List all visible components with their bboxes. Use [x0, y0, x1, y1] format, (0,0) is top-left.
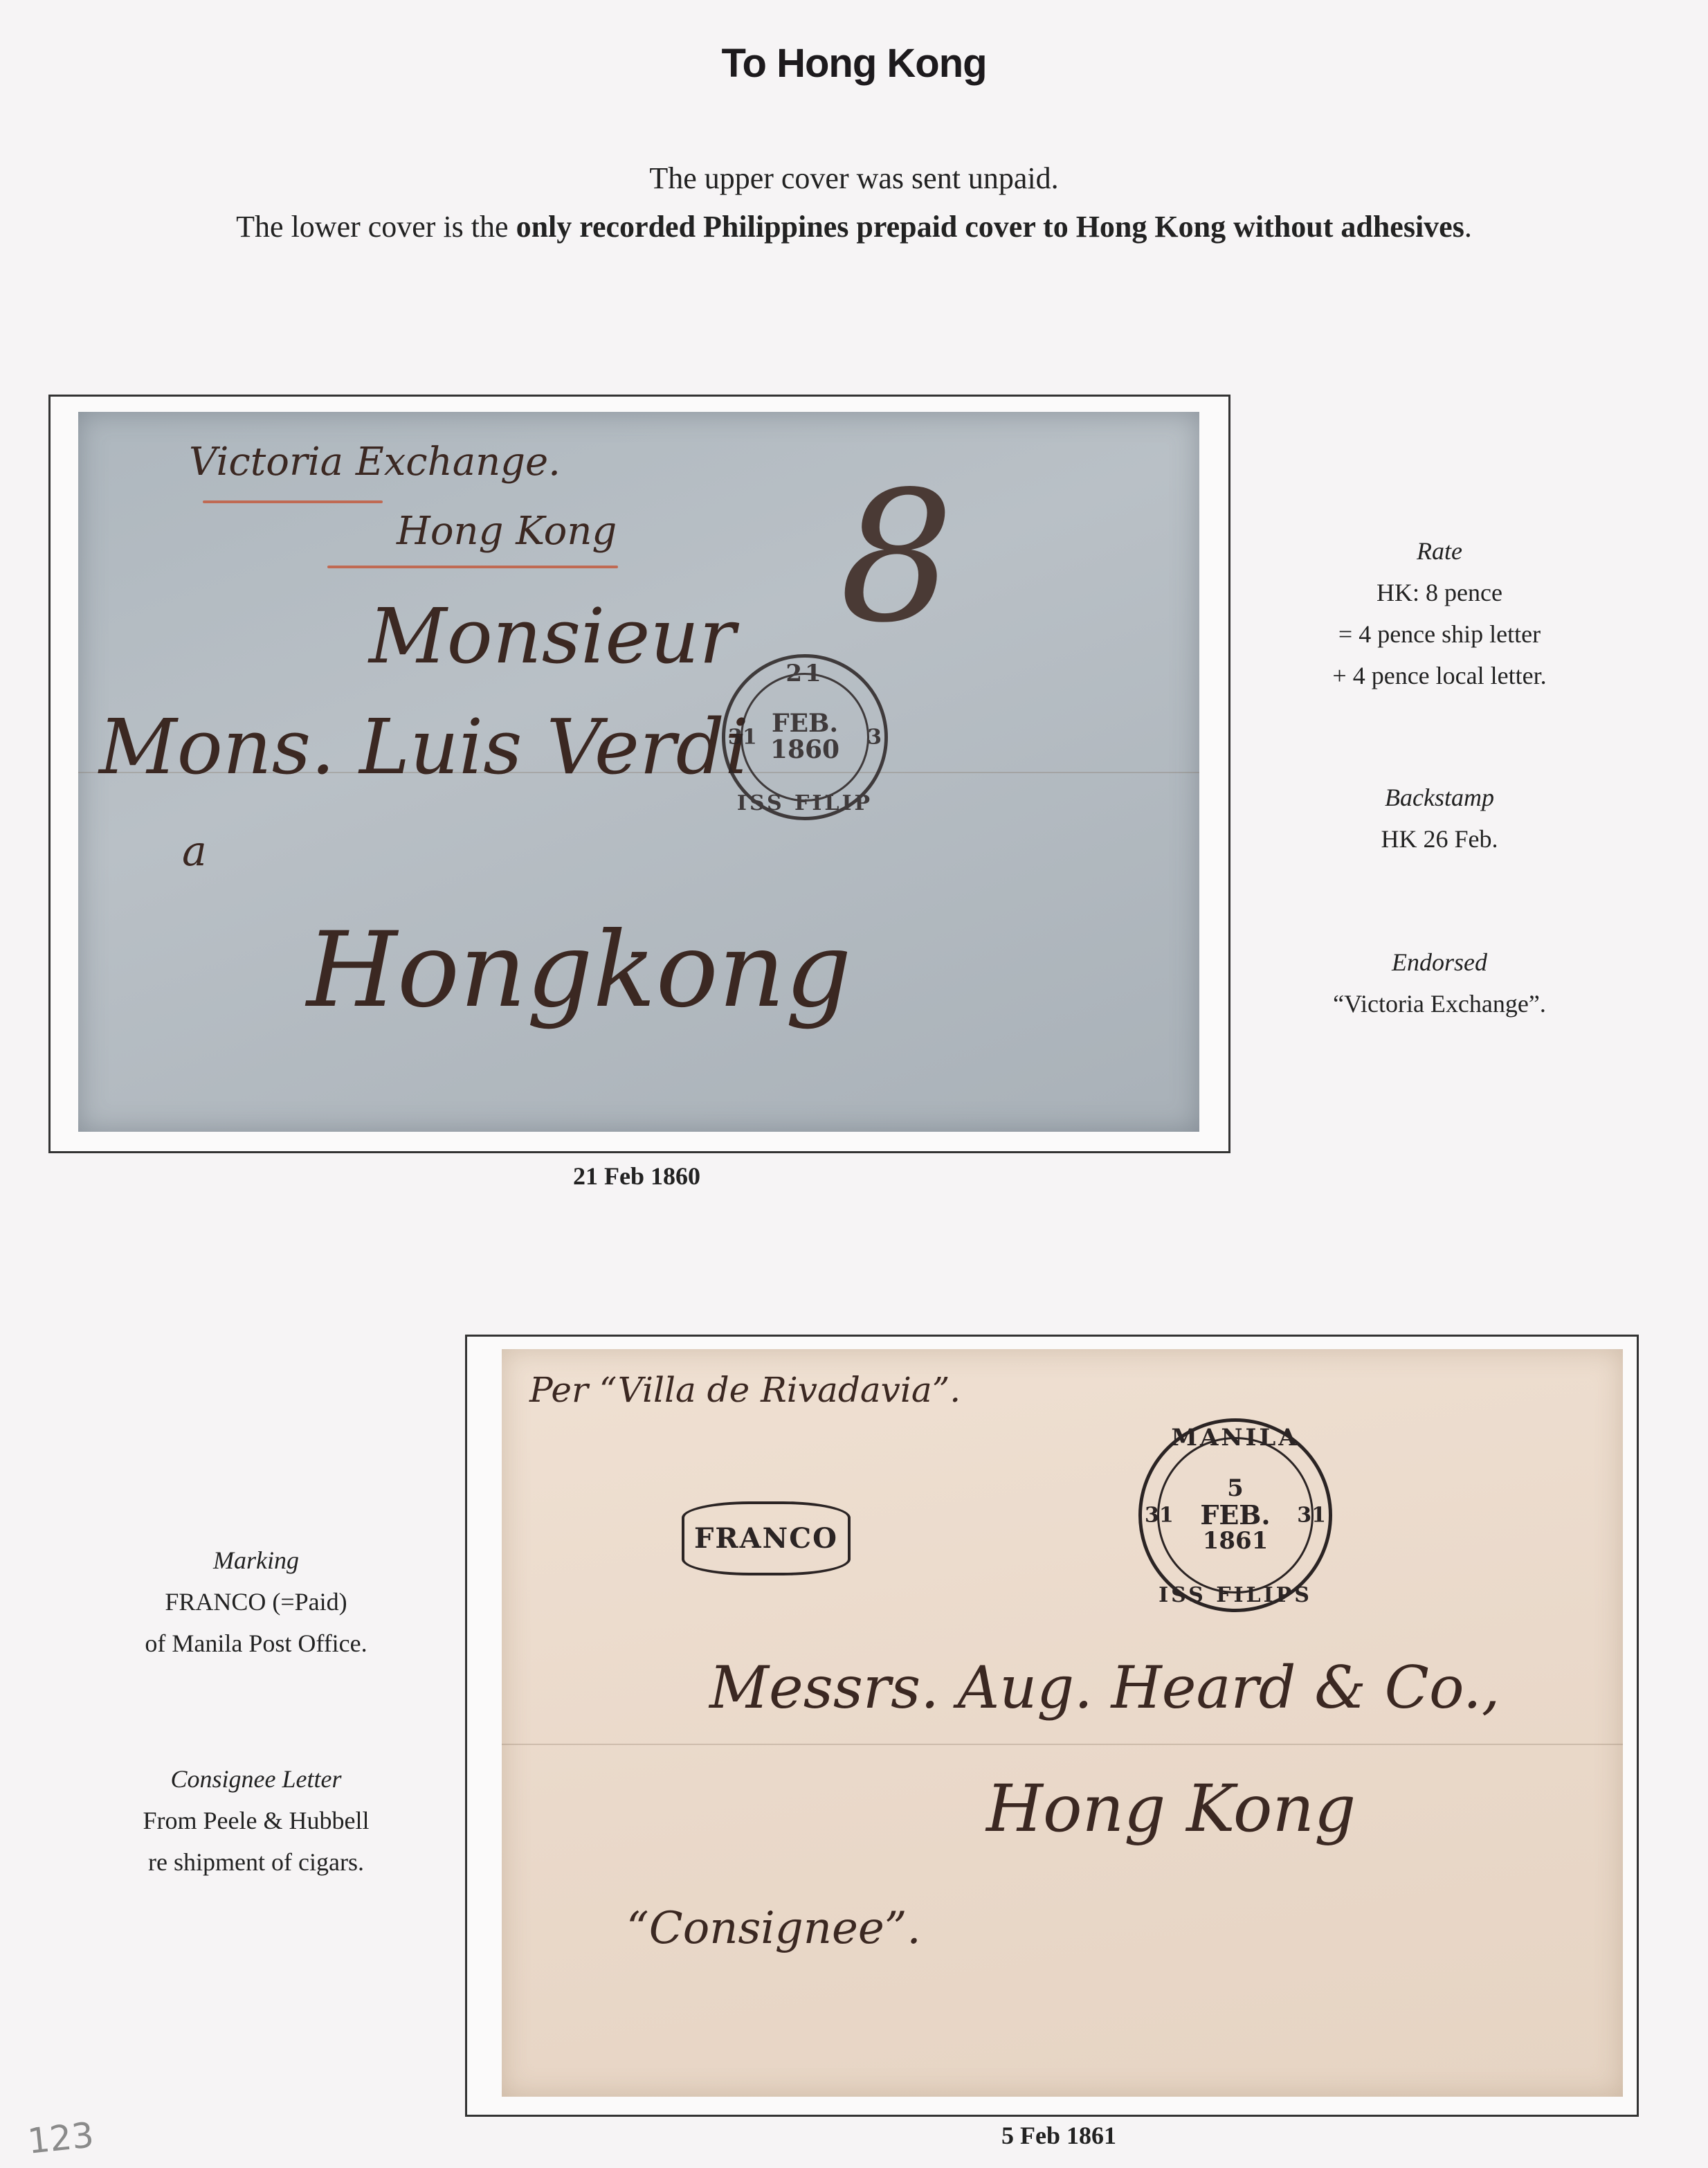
note-marking-line-1: FRANCO (=Paid) [83, 1581, 429, 1623]
note-endorsed: Endorsed “Victoria Exchange”. [1266, 941, 1612, 1024]
destination-hong-kong: Hong Kong [986, 1771, 1356, 1847]
addressee-heard: Messrs. Aug. Heard & Co., [709, 1654, 1500, 1722]
ship-endorsement: Per “Villa de Rivadavia”. [529, 1370, 961, 1410]
upper-cover-caption: 21 Feb 1860 [471, 1162, 803, 1191]
intro-line-2-prefix: The lower cover is the [236, 210, 516, 244]
manila-postmark-1860: 21 FEB. 1860 31 3 ISS FILIP [722, 654, 888, 820]
addressee-name: Mons. Luis Verdi [99, 703, 749, 791]
note-backstamp-heading: Backstamp [1266, 777, 1612, 818]
note-rate: Rate HK: 8 pence = 4 pence ship letter +… [1266, 530, 1612, 696]
intro-line-1: The upper cover was sent unpaid. [0, 161, 1708, 196]
postmark-right: 3 [867, 726, 882, 748]
lower-cover-caption: 5 Feb 1861 [900, 2121, 1218, 2150]
intro-line-2-emphasis: only recorded Philippines prepaid cover … [516, 210, 1464, 244]
postmark-left: 31 [1145, 1504, 1174, 1526]
address-a: a [182, 827, 207, 876]
red-underline-1 [203, 500, 383, 503]
postmark-bottom: ISS FILIP [725, 793, 884, 815]
consignee-endorsement: “Consignee”. [626, 1903, 921, 1954]
note-rate-line-1: HK: 8 pence [1266, 572, 1612, 613]
note-rate-heading: Rate [1266, 530, 1612, 572]
postmark-bottom: ISS FILIPS [1142, 1584, 1329, 1607]
fold-line [502, 1744, 1623, 1745]
upper-cover-frame: Victoria Exchange. Hong Kong 8 Monsieur … [48, 395, 1230, 1153]
note-rate-line-3: + 4 pence local letter. [1266, 655, 1612, 696]
page-number: 123 [26, 2115, 96, 2162]
note-consignee-heading: Consignee Letter [83, 1758, 429, 1800]
endorsement-victoria-exchange: Victoria Exchange. [189, 440, 561, 485]
intro-line-2: The lower cover is the only recorded Phi… [0, 209, 1708, 244]
note-rate-line-2: = 4 pence ship letter [1266, 613, 1612, 655]
note-endorsed-line-1: “Victoria Exchange”. [1266, 983, 1612, 1024]
franco-handstamp: FRANCO [682, 1501, 851, 1575]
note-backstamp-line-1: HK 26 Feb. [1266, 818, 1612, 860]
page-title: To Hong Kong [0, 40, 1708, 87]
destination-hongkong: Hongkong [307, 910, 852, 1031]
note-marking-line-2: of Manila Post Office. [83, 1623, 429, 1664]
note-marking-heading: Marking [83, 1539, 429, 1581]
postmark-left: 31 [728, 726, 757, 748]
note-marking: Marking FRANCO (=Paid) of Manila Post Of… [83, 1539, 429, 1664]
lower-cover-image: Per “Villa de Rivadavia”. FRANCO MANILA … [502, 1349, 1623, 2097]
note-consignee-line-1: From Peele & Hubbell [83, 1800, 429, 1841]
postmark-right: 31 [1297, 1504, 1326, 1526]
intro-line-2-suffix: . [1464, 210, 1472, 244]
upper-cover-image: Victoria Exchange. Hong Kong 8 Monsieur … [78, 412, 1199, 1132]
red-underline-2 [327, 566, 618, 568]
endorsement-hong-kong: Hong Kong [397, 509, 617, 554]
manila-postmark-1861: MANILA 5 FEB. 1861 31 31 ISS FILIPS [1138, 1418, 1332, 1612]
lower-cover-frame: Per “Villa de Rivadavia”. FRANCO MANILA … [465, 1335, 1639, 2117]
note-consignee-line-2: re shipment of cigars. [83, 1841, 429, 1883]
note-consignee: Consignee Letter From Peele & Hubbell re… [83, 1758, 429, 1883]
postmark-top-text: MANILA [1142, 1426, 1329, 1451]
note-endorsed-heading: Endorsed [1266, 941, 1612, 983]
note-backstamp: Backstamp HK 26 Feb. [1266, 777, 1612, 860]
salutation-monsieur: Monsieur [369, 592, 736, 680]
postmark-top-text: 21 [725, 662, 884, 687]
rate-mark-8: 8 [839, 453, 954, 662]
